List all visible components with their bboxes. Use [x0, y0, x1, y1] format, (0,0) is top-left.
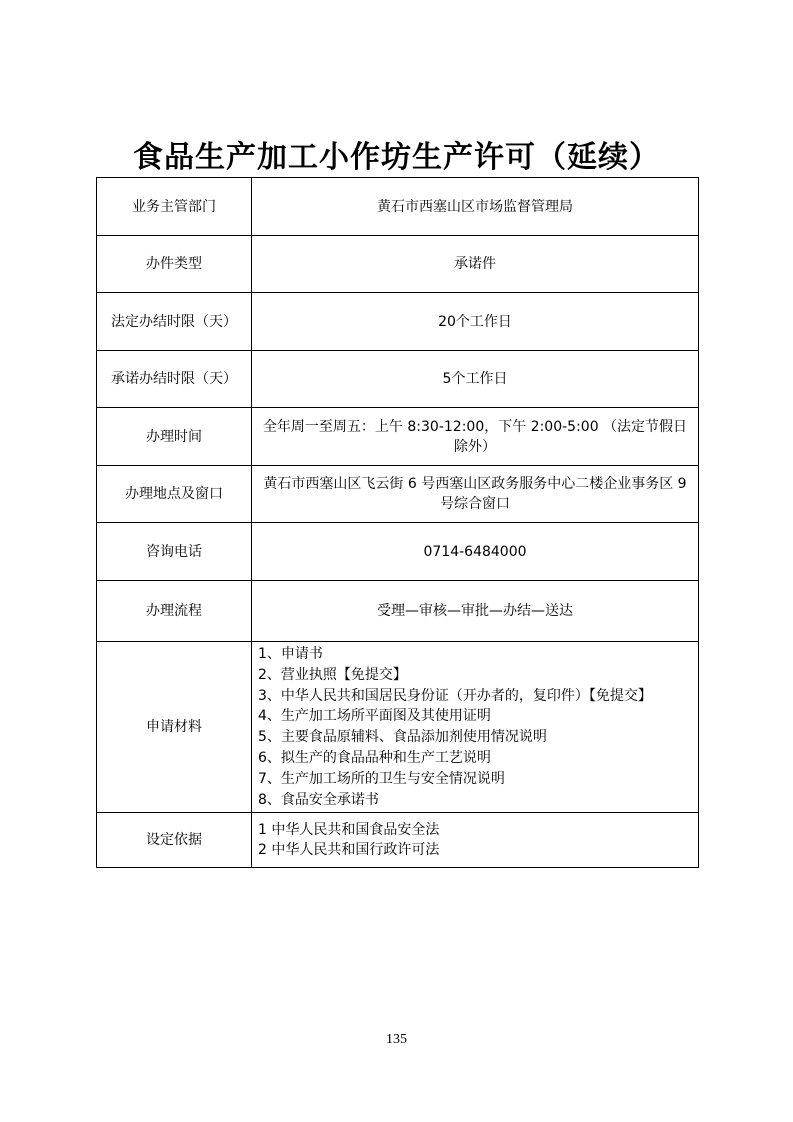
table-row: 咨询电话 0714-6484000 — [97, 523, 699, 581]
row-value-location: 黄石市西塞山区飞云街 6 号西塞山区政务服务中心二楼企业事务区 9 号综合窗口 — [252, 466, 699, 523]
row-value-process: 受理—审核—审批—办结—送达 — [252, 581, 699, 642]
row-value-department: 黄石市西塞山区市场监督管理局 — [252, 178, 699, 236]
table-row: 承诺办结时限（天） 5个工作日 — [97, 351, 699, 408]
row-value-promised-deadline: 5个工作日 — [252, 351, 699, 408]
row-label-legal-deadline: 法定办结时限（天） — [97, 293, 252, 351]
row-value-office-hours: 全年周一至周五：上午 8:30-12:00，下午 2:00-5:00 （法定节假… — [252, 408, 699, 466]
table-row: 办理地点及窗口 黄石市西塞山区飞云街 6 号西塞山区政务服务中心二楼企业事务区 … — [97, 466, 699, 523]
row-label-department: 业务主管部门 — [97, 178, 252, 236]
list-item: 1 中华人民共和国食品安全法 — [258, 820, 692, 841]
list-item: 2、营业执照【免提交】 — [258, 665, 692, 686]
list-item: 4、生产加工场所平面图及其使用证明 — [258, 706, 692, 727]
row-value-case-type: 承诺件 — [252, 236, 699, 293]
list-item: 8、食品安全承诺书 — [258, 790, 692, 811]
table-row: 设定依据 1 中华人民共和国食品安全法 2 中华人民共和国行政许可法 — [97, 813, 699, 868]
row-label-materials: 申请材料 — [97, 642, 252, 813]
service-info-table: 业务主管部门 黄石市西塞山区市场监督管理局 办件类型 承诺件 法定办结时限（天）… — [96, 177, 699, 868]
basis-list: 1 中华人民共和国食品安全法 2 中华人民共和国行政许可法 — [252, 813, 699, 868]
row-label-process: 办理流程 — [97, 581, 252, 642]
list-item: 5、主要食品原辅料、食品添加剂使用情况说明 — [258, 727, 692, 748]
table-row: 法定办结时限（天） 20个工作日 — [97, 293, 699, 351]
table-row: 办件类型 承诺件 — [97, 236, 699, 293]
list-item: 3、中华人民共和国居民身份证（开办者的，复印件）【免提交】 — [258, 686, 692, 707]
page-number: 135 — [0, 1032, 793, 1048]
materials-list: 1、申请书 2、营业执照【免提交】 3、中华人民共和国居民身份证（开办者的，复印… — [252, 642, 699, 813]
row-label-office-hours: 办理时间 — [97, 408, 252, 466]
table-row: 业务主管部门 黄石市西塞山区市场监督管理局 — [97, 178, 699, 236]
row-label-basis: 设定依据 — [97, 813, 252, 868]
table-row: 申请材料 1、申请书 2、营业执照【免提交】 3、中华人民共和国居民身份证（开办… — [97, 642, 699, 813]
row-label-phone: 咨询电话 — [97, 523, 252, 581]
table-row: 办理时间 全年周一至周五：上午 8:30-12:00，下午 2:00-5:00 … — [97, 408, 699, 466]
document-title: 食品生产加工小作坊生产许可（延续） — [0, 138, 793, 178]
list-item: 6、拟生产的食品品种和生产工艺说明 — [258, 748, 692, 769]
row-value-phone: 0714-6484000 — [252, 523, 699, 581]
row-label-case-type: 办件类型 — [97, 236, 252, 293]
list-item: 2 中华人民共和国行政许可法 — [258, 840, 692, 861]
row-label-location: 办理地点及窗口 — [97, 466, 252, 523]
row-value-legal-deadline: 20个工作日 — [252, 293, 699, 351]
list-item: 7、生产加工场所的卫生与安全情况说明 — [258, 769, 692, 790]
list-item: 1、申请书 — [258, 644, 692, 665]
table-row: 办理流程 受理—审核—审批—办结—送达 — [97, 581, 699, 642]
row-label-promised-deadline: 承诺办结时限（天） — [97, 351, 252, 408]
